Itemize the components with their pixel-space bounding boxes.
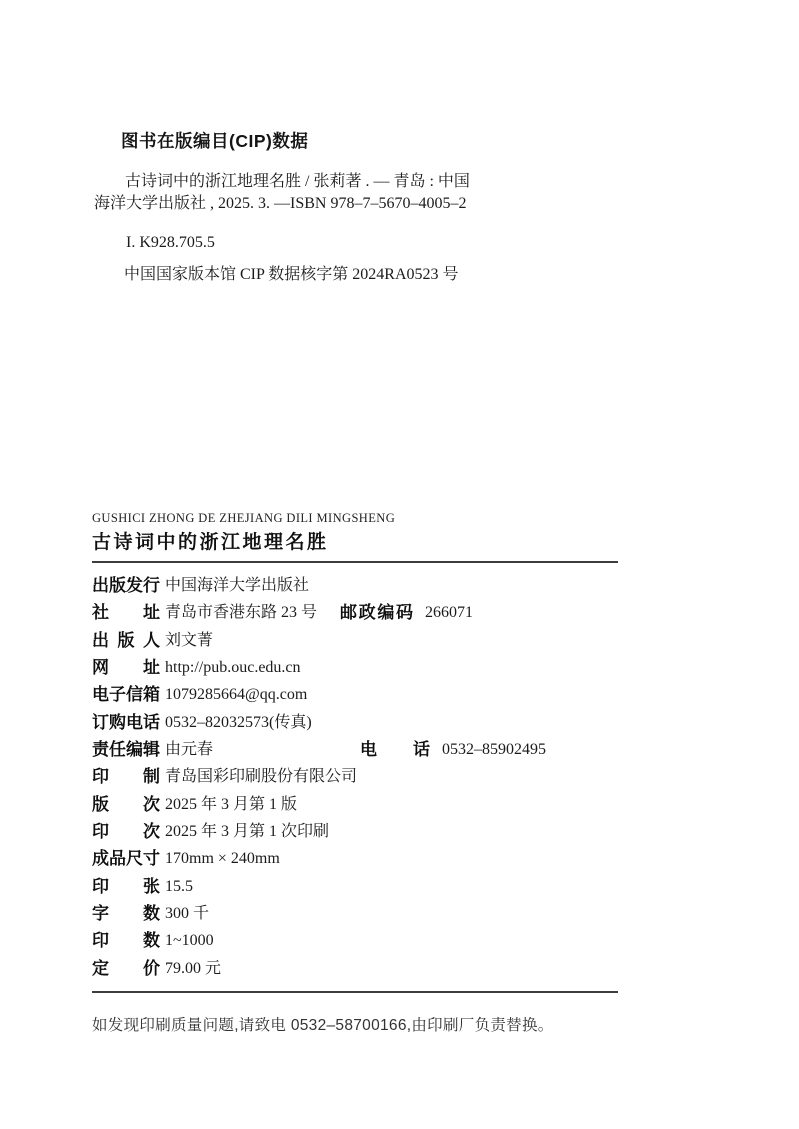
row-label-phone: 电话 — [360, 736, 430, 763]
colophon-row-email: 电子信箱 1079285664@qq.com — [92, 681, 652, 708]
row-value: 15.5 — [165, 873, 193, 900]
cip-class-number: I. K928.705.5 — [126, 234, 215, 252]
colophon-row-editor: 责任编辑 由元春 电话 0532–85902495 — [92, 736, 652, 763]
row-label: 版次 — [92, 791, 160, 818]
colophon-row-printer: 印制 青岛国彩印刷股份有限公司 — [92, 763, 652, 790]
colophon-row-impression: 印次 2025 年 3 月第 1 次印刷 — [92, 818, 652, 845]
row-label: 印张 — [92, 873, 160, 900]
row-label: 社址 — [92, 599, 160, 626]
row-label: 定价 — [92, 955, 160, 982]
cip-header: 图书在版编目(CIP)数据 — [121, 128, 308, 153]
row-value: 79.00 元 — [165, 955, 221, 982]
row-label: 电子信箱 — [92, 681, 160, 708]
row-label: 网址 — [92, 654, 160, 681]
row-label-postcode: 邮政编码 — [340, 599, 413, 626]
row-label: 印数 — [92, 927, 160, 954]
row-value: 2025 年 3 月第 1 版 — [165, 791, 297, 818]
divider-bottom — [92, 991, 618, 993]
cip-entry-line1: 古诗词中的浙江地理名胜 / 张莉著 . — 青岛 : 中国 — [125, 173, 470, 191]
row-label: 出版发行 — [92, 572, 160, 599]
colophon-row-publisher: 出版发行 中国海洋大学出版社 — [92, 572, 652, 599]
colophon-row-printrun: 印数 1~1000 — [92, 927, 652, 954]
cip-record-number: 中国国家版本馆 CIP 数据核字第 2024RA0523 号 — [124, 266, 459, 284]
row-value-url: http://pub.ouc.edu.cn — [165, 654, 301, 681]
row-value: 2025 年 3 月第 1 次印刷 — [165, 818, 329, 845]
row-label: 订购电话 — [92, 709, 160, 736]
row-label: 成品尺寸 — [92, 845, 160, 872]
row-value-postcode: 266071 — [425, 599, 473, 626]
row-value-phone: 0532–85902495 — [442, 736, 546, 763]
row-value-email: 1079285664@qq.com — [165, 681, 307, 708]
row-value: 由元春 — [165, 736, 213, 763]
colophon-row-order-phone: 订购电话 0532–82032573(传真) — [92, 709, 652, 736]
colophon-row-sheets: 印张 15.5 — [92, 873, 652, 900]
row-value: 中国海洋大学出版社 — [165, 572, 309, 599]
colophon-row-price: 定价 79.00 元 — [92, 955, 652, 982]
copyright-page: 图书在版编目(CIP)数据 古诗词中的浙江地理名胜 / 张莉著 . — 青岛 :… — [0, 0, 799, 1129]
colophon-row-publisher-person: 出版人 刘文菁 — [92, 627, 652, 654]
colophon-table: 出版发行 中国海洋大学出版社 社址 青岛市香港东路 23 号 邮政编码 2660… — [92, 572, 652, 982]
row-value: 300 千 — [165, 900, 209, 927]
row-label: 出版人 — [92, 627, 160, 654]
row-value: 0532–82032573(传真) — [165, 709, 312, 736]
book-title-chinese: 古诗词中的浙江地理名胜 — [92, 527, 329, 554]
colophon-row-wordcount: 字数 300 千 — [92, 900, 652, 927]
colophon-row-website: 网址 http://pub.ouc.edu.cn — [92, 654, 652, 681]
row-label: 印制 — [92, 763, 160, 790]
row-value: 1~1000 — [165, 927, 214, 954]
divider-top — [92, 561, 618, 563]
row-label: 责任编辑 — [92, 736, 160, 763]
cip-entry-line2: 海洋大学出版社 , 2025. 3. —ISBN 978–7–5670–4005… — [94, 195, 466, 213]
colophon-row-address: 社址 青岛市香港东路 23 号 邮政编码 266071 — [92, 599, 652, 626]
book-title-pinyin: GUSHICI ZHONG DE ZHEJIANG DILI MINGSHENG — [92, 511, 395, 526]
row-label: 印次 — [92, 818, 160, 845]
row-value: 青岛市香港东路 23 号 — [165, 599, 317, 626]
row-value: 刘文菁 — [165, 627, 213, 654]
print-quality-note: 如发现印刷质量问题,请致电 0532–58700166,由印刷厂负责替换。 — [92, 1013, 554, 1035]
row-value: 170mm × 240mm — [165, 845, 280, 872]
colophon-row-edition: 版次 2025 年 3 月第 1 版 — [92, 791, 652, 818]
row-label: 字数 — [92, 900, 160, 927]
row-value: 青岛国彩印刷股份有限公司 — [165, 763, 357, 790]
colophon-row-size: 成品尺寸 170mm × 240mm — [92, 845, 652, 872]
